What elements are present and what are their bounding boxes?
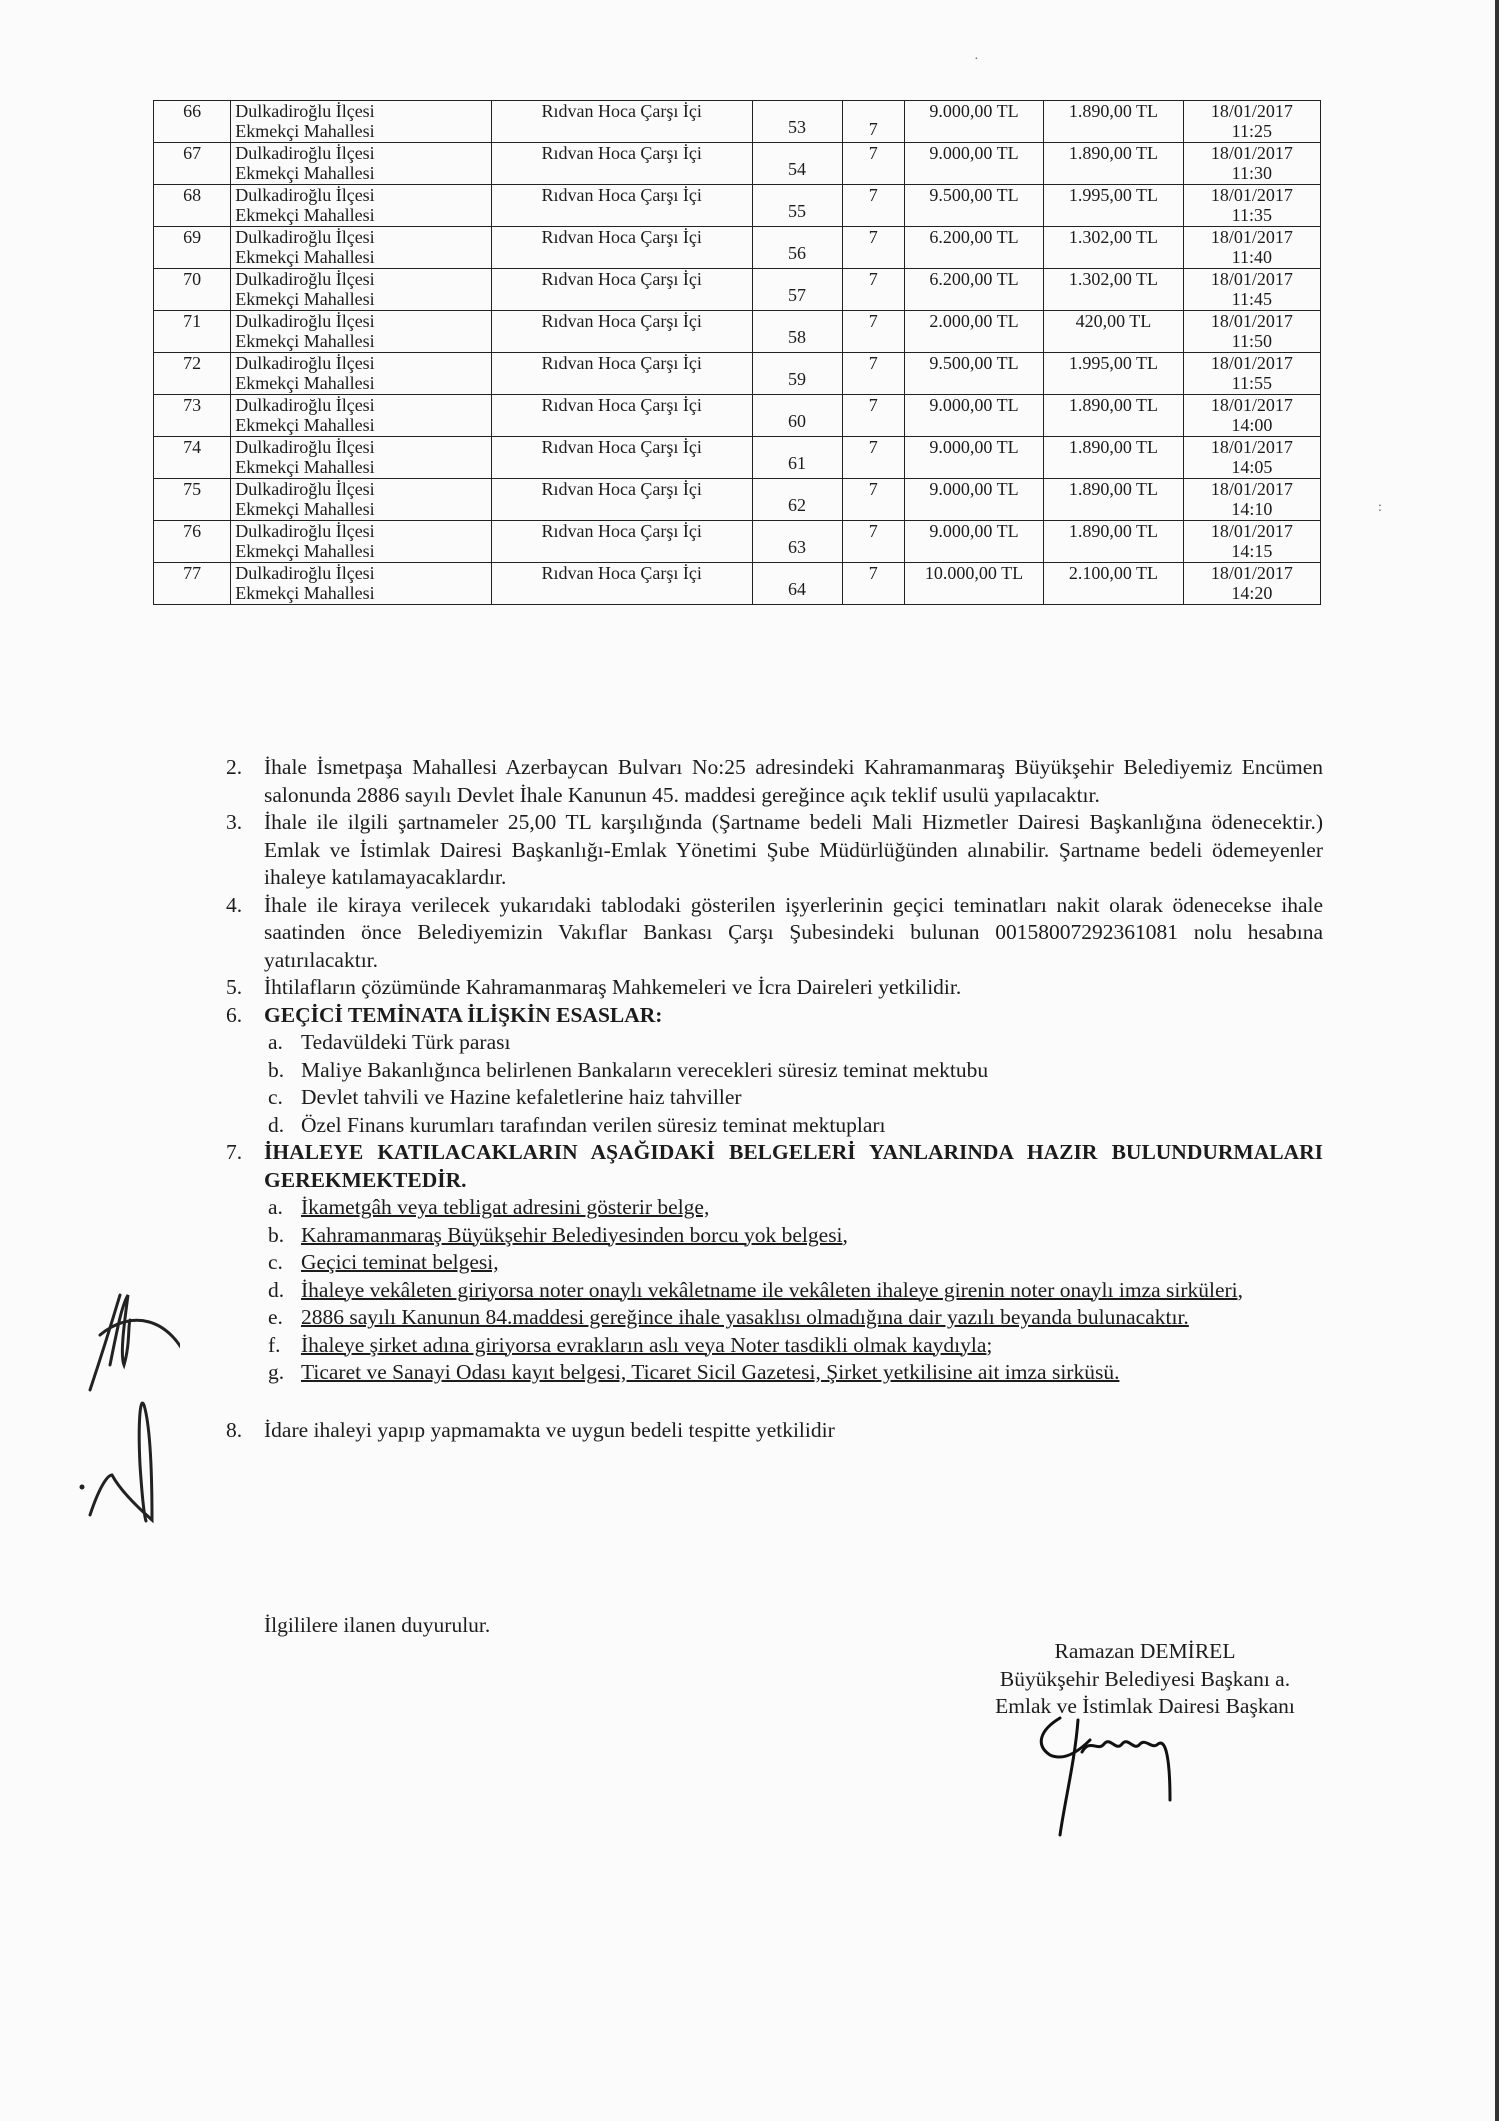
cell-date-time: 18/01/201711:40: [1183, 227, 1320, 269]
cell-row-number: 70: [154, 269, 231, 311]
table-row: 70 Dulkadiroğlu İlçesiEkmekçi Mahallesi …: [154, 269, 1321, 311]
cell-area: 7: [842, 311, 904, 353]
cell-annual-rent: 9.000,00 TL: [904, 479, 1043, 521]
table-row: 74 Dulkadiroğlu İlçesiEkmekçi Mahallesi …: [154, 437, 1321, 479]
cell-location: Dulkadiroğlu İlçesiEkmekçi Mahallesi: [231, 143, 492, 185]
cell-location: Dulkadiroğlu İlçesiEkmekçi Mahallesi: [231, 437, 492, 479]
cell-annual-rent: 9.000,00 TL: [904, 521, 1043, 563]
cell-annual-rent: 9.000,00 TL: [904, 101, 1043, 143]
cell-shop-number: 63: [752, 521, 842, 563]
cell-shop-number: 58: [752, 311, 842, 353]
cell-annual-rent: 9.500,00 TL: [904, 353, 1043, 395]
cell-row-number: 66: [154, 101, 231, 143]
cell-area: 7: [842, 437, 904, 479]
cell-row-number: 77: [154, 563, 231, 605]
cell-date-time: 18/01/201711:45: [1183, 269, 1320, 311]
cell-date-time: 18/01/201714:15: [1183, 521, 1320, 563]
sub-item: b.Kahramanmaraş Büyükşehir Belediyesinde…: [268, 1222, 1323, 1250]
cell-location: Dulkadiroğlu İlçesiEkmekçi Mahallesi: [231, 353, 492, 395]
cell-row-number: 71: [154, 311, 231, 353]
cell-place: Rıdvan Hoca Çarşı İçi: [491, 185, 752, 227]
cell-area: 7: [842, 353, 904, 395]
table-row: 66 Dulkadiroğlu İlçesiEkmekçi Mahallesi …: [154, 101, 1321, 143]
cell-annual-rent: 9.000,00 TL: [904, 143, 1043, 185]
cell-place: Rıdvan Hoca Çarşı İçi: [491, 311, 752, 353]
cell-date-time: 18/01/201711:55: [1183, 353, 1320, 395]
sub-item: g.Ticaret ve Sanayi Odası kayıt belgesi,…: [268, 1359, 1323, 1387]
cell-area: 7: [842, 479, 904, 521]
cell-shop-number: 55: [752, 185, 842, 227]
cell-location: Dulkadiroğlu İlçesiEkmekçi Mahallesi: [231, 227, 492, 269]
cell-deposit: 1.890,00 TL: [1044, 395, 1183, 437]
cell-date-time: 18/01/201714:05: [1183, 437, 1320, 479]
cell-area: 7: [842, 185, 904, 227]
table-row: 72 Dulkadiroğlu İlçesiEkmekçi Mahallesi …: [154, 353, 1321, 395]
cell-place: Rıdvan Hoca Çarşı İçi: [491, 563, 752, 605]
cell-annual-rent: 9.500,00 TL: [904, 185, 1043, 227]
cell-location: Dulkadiroğlu İlçesiEkmekçi Mahallesi: [231, 185, 492, 227]
cell-deposit: 1.302,00 TL: [1044, 269, 1183, 311]
cell-row-number: 72: [154, 353, 231, 395]
cell-area: 7: [842, 563, 904, 605]
cell-deposit: 1.890,00 TL: [1044, 101, 1183, 143]
cell-date-time: 18/01/201711:35: [1183, 185, 1320, 227]
cell-location: Dulkadiroğlu İlçesiEkmekçi Mahallesi: [231, 269, 492, 311]
cell-annual-rent: 6.200,00 TL: [904, 269, 1043, 311]
page-edge: [1495, 0, 1499, 2121]
item-2: 2.İhale İsmetpaşa Mahallesi Azerbaycan B…: [226, 754, 1323, 809]
signature-icon: [1020, 1700, 1220, 1840]
table-row: 75 Dulkadiroğlu İlçesiEkmekçi Mahallesi …: [154, 479, 1321, 521]
cell-place: Rıdvan Hoca Çarşı İçi: [491, 101, 752, 143]
cell-place: Rıdvan Hoca Çarşı İçi: [491, 353, 752, 395]
cell-deposit: 2.100,00 TL: [1044, 563, 1183, 605]
sub-item: f.İhaleye şirket adına giriyorsa evrakla…: [268, 1332, 1323, 1360]
cell-place: Rıdvan Hoca Çarşı İçi: [491, 227, 752, 269]
cell-shop-number: 53: [752, 101, 842, 143]
cell-location: Dulkadiroğlu İlçesiEkmekçi Mahallesi: [231, 101, 492, 143]
item-6-sublist: a.Tedavüldeki Türk parasıb.Maliye Bakanl…: [226, 1029, 1323, 1139]
cell-deposit: 1.890,00 TL: [1044, 479, 1183, 521]
item-4: 4.İhale ile kiraya verilecek yukarıdaki …: [226, 892, 1323, 975]
cell-location: Dulkadiroğlu İlçesiEkmekçi Mahallesi: [231, 479, 492, 521]
cell-deposit: 1.995,00 TL: [1044, 185, 1183, 227]
cell-area: 7: [842, 143, 904, 185]
sub-item: c.Geçici teminat belgesi,: [268, 1249, 1323, 1277]
cell-row-number: 68: [154, 185, 231, 227]
cell-row-number: 74: [154, 437, 231, 479]
scan-speck: ·: [974, 52, 979, 68]
cell-shop-number: 60: [752, 395, 842, 437]
item-7-sublist: a.İkametgâh veya tebligat adresini göste…: [226, 1194, 1323, 1387]
table-row: 76 Dulkadiroğlu İlçesiEkmekçi Mahallesi …: [154, 521, 1321, 563]
signatory-title: Büyükşehir Belediyesi Başkanı a.: [965, 1666, 1325, 1694]
table-row: 73 Dulkadiroğlu İlçesiEkmekçi Mahallesi …: [154, 395, 1321, 437]
cell-area: 7: [842, 395, 904, 437]
cell-date-time: 18/01/201711:25: [1183, 101, 1320, 143]
cell-row-number: 67: [154, 143, 231, 185]
cell-place: Rıdvan Hoca Çarşı İçi: [491, 143, 752, 185]
item-3: 3.İhale ile ilgili şartnameler 25,00 TL …: [226, 809, 1323, 892]
cell-area: 7: [842, 101, 904, 143]
item-6-heading: 6.GEÇİCİ TEMİNATA İLİŞKİN ESASLAR:: [226, 1002, 1323, 1030]
signatory-name: Ramazan DEMİREL: [965, 1638, 1325, 1666]
cell-place: Rıdvan Hoca Çarşı İçi: [491, 479, 752, 521]
cell-date-time: 18/01/201714:10: [1183, 479, 1320, 521]
cell-area: 7: [842, 227, 904, 269]
cell-date-time: 18/01/201714:00: [1183, 395, 1320, 437]
cell-deposit: 1.890,00 TL: [1044, 521, 1183, 563]
sub-item: a.Tedavüldeki Türk parası: [268, 1029, 1323, 1057]
cell-deposit: 1.995,00 TL: [1044, 353, 1183, 395]
cell-location: Dulkadiroğlu İlçesiEkmekçi Mahallesi: [231, 311, 492, 353]
table-row: 67 Dulkadiroğlu İlçesiEkmekçi Mahallesi …: [154, 143, 1321, 185]
cell-annual-rent: 2.000,00 TL: [904, 311, 1043, 353]
cell-deposit: 1.890,00 TL: [1044, 437, 1183, 479]
lots-table: 66 Dulkadiroğlu İlçesiEkmekçi Mahallesi …: [153, 100, 1321, 605]
cell-date-time: 18/01/201711:30: [1183, 143, 1320, 185]
terms-section: 2.İhale İsmetpaşa Mahallesi Azerbaycan B…: [226, 754, 1323, 1444]
cell-place: Rıdvan Hoca Çarşı İçi: [491, 521, 752, 563]
cell-row-number: 73: [154, 395, 231, 437]
cell-row-number: 69: [154, 227, 231, 269]
sub-item: a.İkametgâh veya tebligat adresini göste…: [268, 1194, 1323, 1222]
cell-annual-rent: 9.000,00 TL: [904, 437, 1043, 479]
cell-location: Dulkadiroğlu İlçesiEkmekçi Mahallesi: [231, 521, 492, 563]
cell-deposit: 420,00 TL: [1044, 311, 1183, 353]
cell-date-time: 18/01/201714:20: [1183, 563, 1320, 605]
initials-icon: [60, 1265, 180, 1545]
table-row: 77 Dulkadiroğlu İlçesiEkmekçi Mahallesi …: [154, 563, 1321, 605]
cell-area: 7: [842, 269, 904, 311]
sub-item: d.İhaleye vekâleten giriyorsa noter onay…: [268, 1277, 1323, 1305]
cell-location: Dulkadiroğlu İlçesiEkmekçi Mahallesi: [231, 395, 492, 437]
cell-annual-rent: 9.000,00 TL: [904, 395, 1043, 437]
cell-location: Dulkadiroğlu İlçesiEkmekçi Mahallesi: [231, 563, 492, 605]
sub-item: b.Maliye Bakanlığınca belirlenen Bankala…: [268, 1057, 1323, 1085]
cell-deposit: 1.890,00 TL: [1044, 143, 1183, 185]
cell-annual-rent: 6.200,00 TL: [904, 227, 1043, 269]
cell-place: Rıdvan Hoca Çarşı İçi: [491, 395, 752, 437]
item-8: 8.İdare ihaleyi yapıp yapmamakta ve uygu…: [226, 1417, 1323, 1445]
cell-shop-number: 61: [752, 437, 842, 479]
sub-item: e.2886 sayılı Kanunun 84.maddesi gereğin…: [268, 1304, 1323, 1332]
cell-place: Rıdvan Hoca Çarşı İçi: [491, 437, 752, 479]
cell-area: 7: [842, 521, 904, 563]
cell-row-number: 75: [154, 479, 231, 521]
cell-shop-number: 57: [752, 269, 842, 311]
cell-shop-number: 59: [752, 353, 842, 395]
cell-place: Rıdvan Hoca Çarşı İçi: [491, 269, 752, 311]
sub-item: c.Devlet tahvili ve Hazine kefaletlerine…: [268, 1084, 1323, 1112]
cell-row-number: 76: [154, 521, 231, 563]
table-row: 68 Dulkadiroğlu İlçesiEkmekçi Mahallesi …: [154, 185, 1321, 227]
scan-speck: :: [1378, 500, 1382, 516]
item-5: 5.İhtilafların çözümünde Kahramanmaraş M…: [226, 974, 1323, 1002]
cell-shop-number: 54: [752, 143, 842, 185]
cell-annual-rent: 10.000,00 TL: [904, 563, 1043, 605]
cell-date-time: 18/01/201711:50: [1183, 311, 1320, 353]
table-row: 69 Dulkadiroğlu İlçesiEkmekçi Mahallesi …: [154, 227, 1321, 269]
closing-line: İlgililere ilanen duyurulur.: [264, 1613, 490, 1638]
cell-shop-number: 56: [752, 227, 842, 269]
cell-deposit: 1.302,00 TL: [1044, 227, 1183, 269]
item-7-heading: 7.İHALEYE KATILACAKLARIN AŞAĞIDAKİ BELGE…: [226, 1139, 1323, 1194]
cell-shop-number: 64: [752, 563, 842, 605]
table-row: 71 Dulkadiroğlu İlçesiEkmekçi Mahallesi …: [154, 311, 1321, 353]
sub-item: d.Özel Finans kurumları tarafından veril…: [268, 1112, 1323, 1140]
cell-shop-number: 62: [752, 479, 842, 521]
